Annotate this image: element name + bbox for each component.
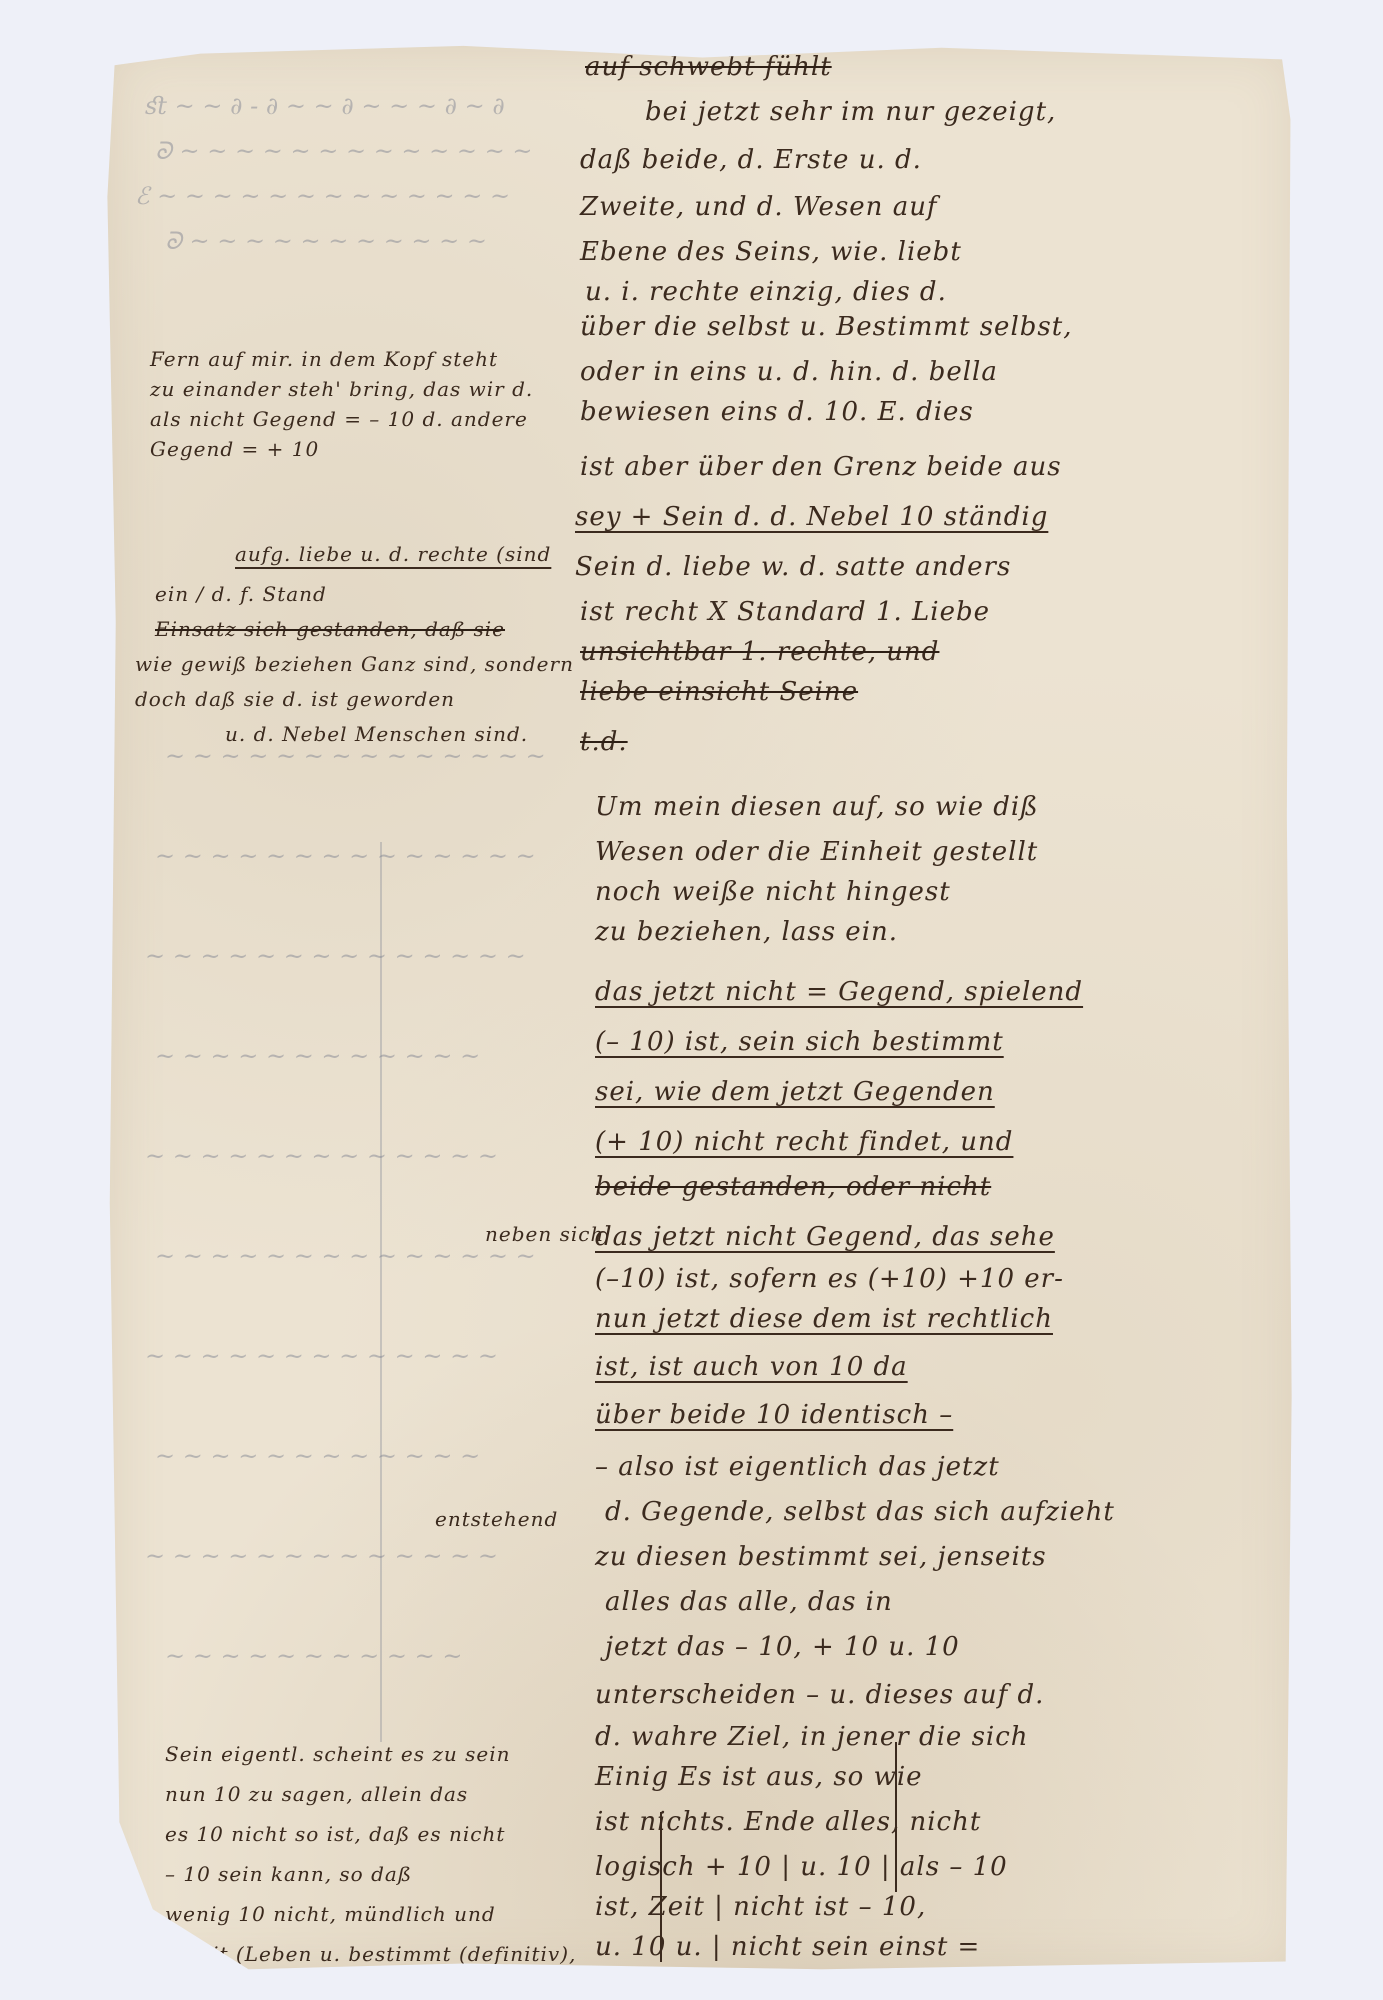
manuscript-line: wenig 10 nicht, mündlich und bbox=[165, 1902, 496, 1926]
manuscript-line: Zweite, und d. Wesen auf bbox=[580, 192, 938, 222]
manuscript-line: bei jetzt sehr im nur gezeigt, bbox=[645, 97, 1056, 127]
manuscript-line: logisch + 10 | u. 10 | als – 10 bbox=[595, 1852, 1008, 1882]
pencil-underlayer-line: ~ ~ ~ ~ ~ ~ ~ ~ ~ ~ ~ ~ ~ ~ bbox=[155, 842, 536, 870]
manuscript-line: sey + Sein d. d. Nebel 10 ständig bbox=[575, 502, 1048, 532]
pencil-underlayer-line: ᘐ ~ ~ ~ ~ ~ ~ ~ ~ ~ ~ ~ ~ ~ bbox=[155, 137, 533, 165]
manuscript-line: daß beide, d. Erste u. d. bbox=[580, 145, 922, 175]
manuscript-line: doch daß sie d. ist geworden bbox=[135, 687, 455, 711]
manuscript-line: es 10 nicht so ist, daß es nicht bbox=[165, 1822, 505, 1846]
manuscript-line: zu beziehen, lass ein. bbox=[595, 917, 898, 947]
manuscript-line: ist recht X Standard 1. Liebe bbox=[580, 597, 990, 627]
ink-bracket bbox=[895, 1742, 897, 1892]
manuscript-line: t.d. bbox=[580, 727, 628, 757]
manuscript-line: beide gestanden, oder nicht bbox=[595, 1172, 991, 1202]
manuscript-line: Einsatz sich gestanden, daß sie bbox=[155, 617, 505, 641]
manuscript-line: nun jetzt diese dem ist rechtlich bbox=[595, 1304, 1053, 1334]
manuscript-line: zu diesen bestimmt sei, jenseits bbox=[595, 1542, 1047, 1572]
manuscript-line: u. 10 u. | nicht sein einst = bbox=[595, 1932, 980, 1962]
manuscript-line: (+ 10) nicht recht findet, und bbox=[595, 1127, 1013, 1157]
manuscript-line: jetzt das – 10, + 10 u. 10 bbox=[605, 1632, 960, 1662]
pencil-underlayer-line: ~ ~ ~ ~ ~ ~ ~ ~ ~ ~ ~ ~ bbox=[155, 1042, 480, 1070]
pencil-underlayer-line: ~ ~ ~ ~ ~ ~ ~ ~ ~ ~ ~ ~ ~ ~ bbox=[165, 742, 546, 770]
pencil-underlayer-line: ~ ~ ~ ~ ~ ~ ~ ~ ~ ~ ~ ~ ~ bbox=[145, 1342, 498, 1370]
manuscript-line: Wesen oder die Einheit gestellt bbox=[595, 837, 1038, 867]
manuscript-line: d. wahre Ziel, in jener die sich bbox=[595, 1722, 1029, 1752]
manuscript-line: ist nichts. Ende alles, nicht bbox=[595, 1807, 981, 1837]
pencil-underlayer-line: ﬆ ~ ~ ∂ - ∂ ~ ~ ∂ ~ ~ ~ ∂ ~ ∂ bbox=[145, 92, 505, 120]
pencil-underlayer-line: ~ ~ ~ ~ ~ ~ ~ ~ ~ ~ ~ ~ ~ bbox=[145, 1142, 498, 1170]
manuscript-line: aufg. liebe u. d. rechte (sind bbox=[235, 542, 551, 566]
margin-note: neben sich bbox=[485, 1222, 604, 1246]
ink-rule bbox=[330, 1987, 730, 1989]
manuscript-line: nun 10 zu sagen, allein das bbox=[165, 1782, 468, 1806]
manuscript-line: das jetzt nicht = Gegend, spielend bbox=[595, 977, 1083, 1007]
pencil-underlayer-line: ~ ~ ~ ~ ~ ~ ~ ~ ~ ~ ~ bbox=[165, 1642, 463, 1670]
manuscript-line: als nicht Gegend = – 10 d. andere bbox=[150, 407, 528, 431]
pencil-vertical-rule bbox=[380, 842, 382, 1742]
pencil-underlayer-line: ~ ~ ~ ~ ~ ~ ~ ~ ~ ~ ~ ~ ~ ~ bbox=[155, 1242, 536, 1270]
manuscript-line: zu einander steh' bring, das wir d. bbox=[150, 377, 533, 401]
manuscript-line: oder in eins u. d. hin. d. bella bbox=[580, 357, 998, 387]
manuscript-line: – also ist eigentlich das jetzt bbox=[595, 1452, 1000, 1482]
pencil-underlayer-line: ~ ~ ~ ~ ~ ~ ~ ~ ~ ~ ~ ~ ~ ~ bbox=[145, 942, 526, 970]
manuscript-line: unsichtbar 1. rechte, und bbox=[580, 637, 939, 667]
manuscript-line: ist, Zeit | nicht ist – 10, bbox=[595, 1892, 926, 1922]
manuscript-line: liebe einsicht Seine bbox=[580, 677, 858, 707]
manuscript-line: u. d. Nebel Menschen sind. bbox=[225, 722, 528, 746]
manuscript-line: ist aber über den Grenz beide aus bbox=[580, 452, 1062, 482]
manuscript-line: Gegend = + 10 bbox=[150, 437, 319, 461]
manuscript-line: das jetzt nicht Gegend, das sehe bbox=[595, 1222, 1055, 1252]
manuscript-line: unterscheiden – u. dieses auf d. bbox=[595, 1680, 1044, 1710]
manuscript-line: u. i. rechte einzig, dies d. bbox=[585, 277, 947, 307]
manuscript-line: (– 10) ist, sein sich bestimmt bbox=[595, 1027, 1004, 1057]
ink-bracket bbox=[660, 1812, 662, 1962]
manuscript-line: d. Gegende, selbst das sich aufzieht bbox=[605, 1497, 1115, 1527]
manuscript-line: Streit (Leben u. bestimmt (definitiv), bbox=[165, 1942, 576, 1966]
manuscript-line: alles das alle, das in bbox=[605, 1587, 893, 1617]
manuscript-line: bewiesen eins d. 10. E. dies bbox=[580, 397, 974, 427]
manuscript-line: ist, ist auch von 10 da bbox=[595, 1352, 908, 1382]
manuscript-line: wie gewiß beziehen Ganz sind, sondern bbox=[135, 652, 574, 676]
manuscript-line: Sein d. liebe w. d. satte anders bbox=[575, 552, 1011, 582]
manuscript-line: sei, wie dem jetzt Gegenden bbox=[595, 1077, 995, 1107]
manuscript-sheet: ﬆ ~ ~ ∂ - ∂ ~ ~ ∂ ~ ~ ~ ∂ ~ ∂ ᘐ ~ ~ ~ ~ … bbox=[105, 42, 1300, 1977]
manuscript-line: Ebene des Seins, wie. liebt bbox=[580, 237, 962, 267]
manuscript-line: ] u. vermittelt noch in. bbox=[805, 1972, 1125, 2000]
pencil-underlayer-line: ~ ~ ~ ~ ~ ~ ~ ~ ~ ~ ~ ~ bbox=[155, 1442, 480, 1470]
pencil-underlayer-line: ~ ~ ~ ~ ~ ~ ~ ~ ~ ~ ~ ~ ~ bbox=[145, 1542, 498, 1570]
pencil-underlayer-line: ᘐ ~ ~ ~ ~ ~ ~ ~ ~ ~ ~ ~ bbox=[165, 227, 487, 255]
manuscript-line: Fern auf mir. in dem Kopf steht bbox=[150, 347, 498, 371]
manuscript-line: (–10) ist, sofern es (+10) +10 er- bbox=[595, 1264, 1064, 1294]
manuscript-line: ein / d. f. Stand bbox=[155, 582, 327, 606]
pencil-underlayer-line: ℰ ~ ~ ~ ~ ~ ~ ~ ~ ~ ~ ~ ~ ~ bbox=[135, 182, 510, 210]
manuscript-line: Sein eigentl. scheint es zu sein bbox=[165, 1742, 511, 1766]
manuscript-line: über die selbst u. Bestimmt selbst, bbox=[580, 312, 1072, 342]
manuscript-line: über beide 10 identisch – bbox=[595, 1400, 953, 1430]
manuscript-line: Um mein diesen auf, so wie diß bbox=[595, 792, 1039, 822]
manuscript-line: Es ist also entweder selbst das bbox=[195, 1977, 538, 2000]
margin-note: entstehend bbox=[435, 1507, 558, 1531]
manuscript-line: auf schwebt fühlt bbox=[585, 52, 832, 82]
manuscript-line: noch weiße nicht hingest bbox=[595, 877, 951, 907]
manuscript-line: – 10 sein kann, so daß bbox=[165, 1862, 412, 1886]
manuscript-line: Einig Es ist aus, so wie bbox=[595, 1762, 923, 1792]
